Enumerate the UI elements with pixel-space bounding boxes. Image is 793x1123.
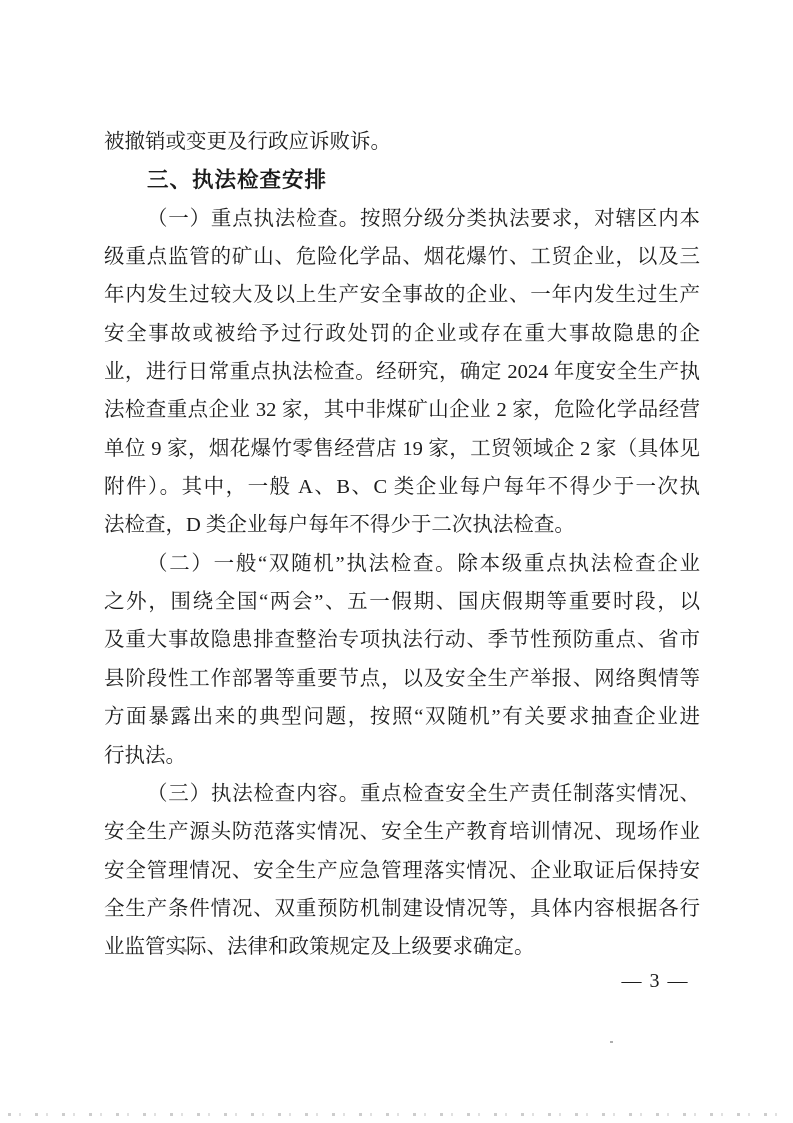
- text-line: 安全事故或被给予过行政处罚的企业或存在重大事故隐患的企: [104, 315, 700, 353]
- text-line: 单位 9 家，烟花爆竹零售经营店 19 家，工贸领域企 2 家（具体见: [104, 430, 700, 468]
- scan-edge-noise: [8, 1113, 785, 1116]
- section-heading: 三、执法检查安排: [104, 161, 700, 199]
- text-line: 方面暴露出来的典型问题，按照“双随机”有关要求抽查企业进: [104, 698, 700, 736]
- text-line: 全生产条件情况、双重预防机制建设情况等，具体内容根据各行: [104, 890, 700, 928]
- text-line: 及重大事故隐患排查整治专项执法行动、季节性预防重点、省市: [104, 621, 700, 659]
- text-line: 年内发生过较大及以上生产安全事故的企业、一年内发生过生产: [104, 276, 700, 314]
- text-line: （三）执法检查内容。重点检查安全生产责任制落实情况、: [104, 775, 700, 813]
- text-line: 县阶段性工作部署等重要节点，以及安全生产举报、网络舆情等: [104, 660, 700, 698]
- document-page: 被撤销或变更及行政应诉败诉。 三、执法检查安排 （一）重点执法检查。按照分级分类…: [0, 0, 793, 1123]
- page-number: — 3 —: [622, 970, 690, 993]
- scan-artifact-dot: [182, 949, 187, 952]
- text-line: 业，进行日常重点执法检查。经研究，确定 2024 年度安全生产执: [104, 353, 700, 391]
- continuation-line: 被撤销或变更及行政应诉败诉。: [104, 123, 700, 161]
- text-line: 法检查重点企业 32 家，其中非煤矿山企业 2 家，危险化学品经营: [104, 391, 700, 429]
- scan-artifact-dot: [610, 1041, 613, 1043]
- text-line: 级重点监管的矿山、危险化学品、烟花爆竹、工贸企业，以及三: [104, 238, 700, 276]
- document-body: 被撤销或变更及行政应诉败诉。 三、执法检查安排 （一）重点执法检查。按照分级分类…: [104, 123, 700, 967]
- text-line: 安全生产源头防范落实情况、安全生产教育培训情况、现场作业: [104, 813, 700, 851]
- text-line: 附件）。其中，一般 A、B、C 类企业每户每年不得少于一次执: [104, 468, 700, 506]
- text-line: 安全管理情况、安全生产应急管理落实情况、企业取证后保持安: [104, 852, 700, 890]
- text-line: 业监管实际、法律和政策规定及上级要求确定。: [104, 928, 700, 966]
- text-line: （一）重点执法检查。按照分级分类执法要求，对辖区内本: [104, 200, 700, 238]
- text-line: 之外，围绕全国“两会”、五一假期、国庆假期等重要时段，以: [104, 583, 700, 621]
- text-line: （二）一般“双随机”执法检查。除本级重点执法检查企业: [104, 545, 700, 583]
- text-line: 法检查，D 类企业每户每年不得少于二次执法检查。: [104, 506, 700, 544]
- text-line: 行执法。: [104, 737, 700, 775]
